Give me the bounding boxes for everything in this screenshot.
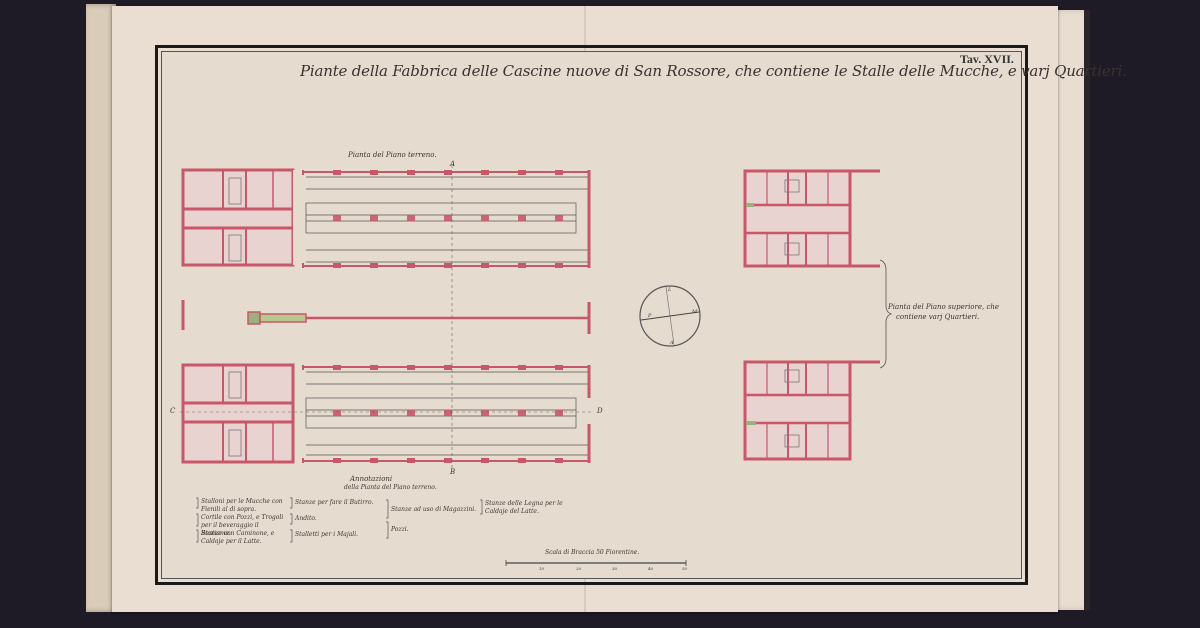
scale-tick: 50 xyxy=(682,566,687,571)
annotations-heading: Annotazioni xyxy=(350,475,392,483)
legend-item: Andito. xyxy=(295,515,317,523)
section-marker-d: D xyxy=(597,407,603,415)
scale-bar xyxy=(506,560,686,566)
compass-label-south: A xyxy=(670,340,674,346)
upper-floor-label-line1: Pianta del Piano superiore, che xyxy=(888,303,999,311)
compass-label-west: P xyxy=(648,313,651,319)
section-marker-c: C xyxy=(170,407,175,415)
legend-item: Pozzi. xyxy=(391,526,409,534)
legend-item: Stalletti per i Majali. xyxy=(295,531,358,539)
scale-tick: 20 xyxy=(576,566,581,571)
central-courtyard xyxy=(183,300,589,334)
compass-label-north: L xyxy=(668,287,671,293)
architectural-plan-drawing xyxy=(0,0,1200,628)
upper-floor-label-line2: contiene varj Quartieri. xyxy=(896,313,979,321)
legend-item: Stanze per fare il Butirro. xyxy=(295,499,373,507)
compass-label-east: M xyxy=(692,309,697,315)
ground-floor-label: Pianta del Piano terreno. xyxy=(348,151,437,159)
scale-tick: 30 xyxy=(612,566,617,571)
ground-floor-bottom-wing xyxy=(183,365,590,463)
annotations-subheading: della Pianta del Piano terreno. xyxy=(344,484,437,492)
legend-item: Stanze con Caminone, e Caldaje per il La… xyxy=(201,530,286,546)
section-marker-a: A xyxy=(450,160,455,168)
scale-tick: 40 xyxy=(648,566,653,571)
scale-tick: 10 xyxy=(539,566,544,571)
legend-item: Stalloni per le Mucche con Fienili al di… xyxy=(201,498,286,514)
legend-item: Stanze ad uso di Magazzini. xyxy=(391,506,476,514)
scale-label: Scala di Braccia 50 Fiorentine. xyxy=(545,549,639,557)
upper-floor-top-block xyxy=(745,171,880,266)
legend-item: Stanze delle Legna per le Caldaje del La… xyxy=(485,500,575,516)
section-marker-b: B xyxy=(450,468,455,476)
upper-floor-bottom-block xyxy=(745,362,880,459)
ground-floor-top-wing xyxy=(183,170,590,268)
